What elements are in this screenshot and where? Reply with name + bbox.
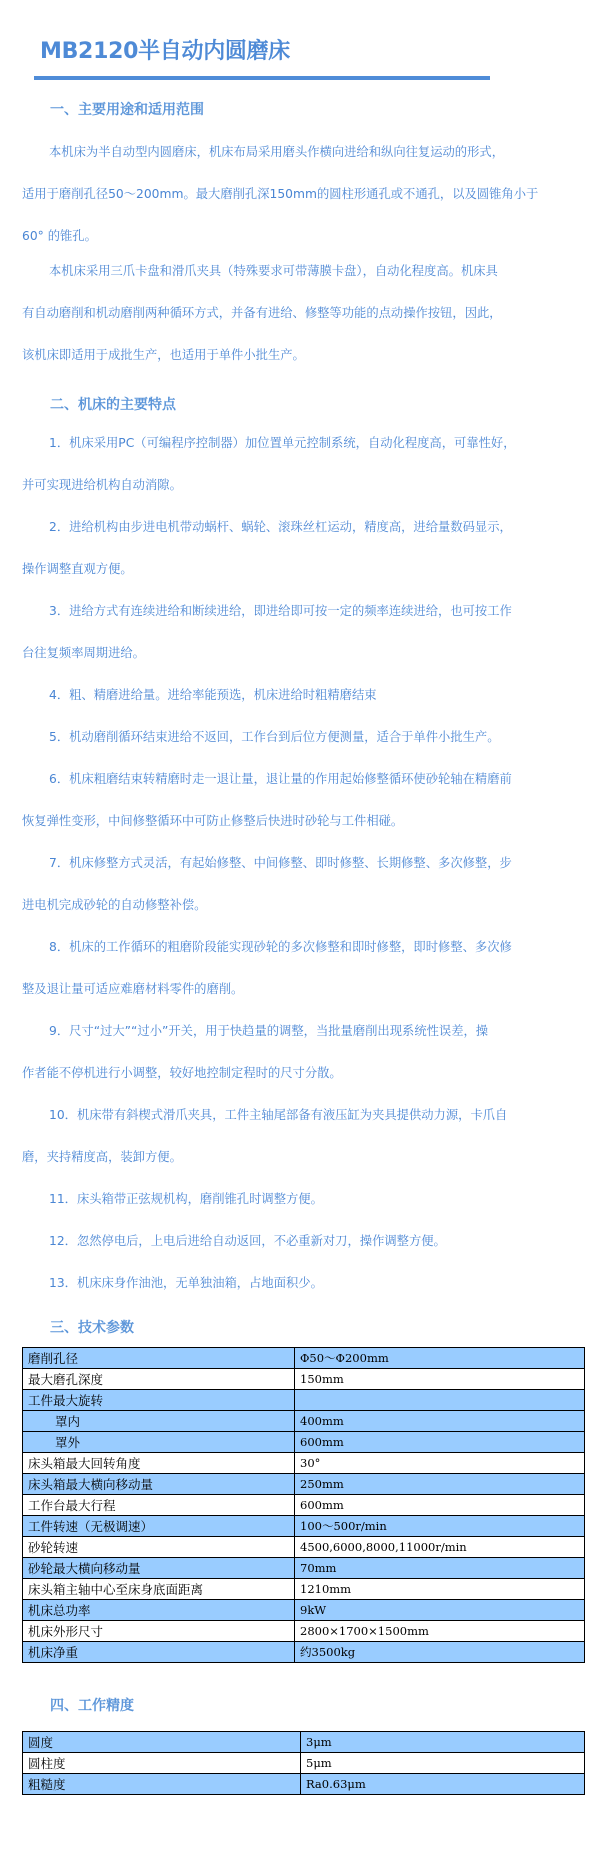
- spec-label: 床头箱最大横向移动量: [23, 1474, 295, 1495]
- table-row: 圆柱度5μm: [23, 1753, 585, 1774]
- table-row: 砂轮最大横向移动量70mm: [23, 1558, 585, 1579]
- spec-value: 4500,6000,8000,11000r/min: [295, 1537, 585, 1558]
- precision-table: 圆度3μm 圆柱度5μm 粗糙度Ra0.63μm: [22, 1731, 585, 1795]
- spec-label: 床头箱最大回转角度: [23, 1453, 295, 1474]
- section-heading-precision: 四、工作精度: [50, 1695, 134, 1715]
- feature-item-12: 12．忽然停电后，上电后进给自动返回，不必重新对刀，操作调整方便。: [22, 1220, 497, 1262]
- table-row: 机床净重约3500kg: [23, 1642, 585, 1663]
- spec-label: 床头箱主轴中心至床身底面距离: [23, 1579, 295, 1600]
- text-line: 13．机床床身作油池，无单独油箱，占地面积少。: [22, 1262, 497, 1304]
- text-line: 操作调整直观方便。: [22, 548, 497, 590]
- text-line: 12．忽然停电后，上电后进给自动返回，不必重新对刀，操作调整方便。: [22, 1220, 497, 1262]
- spec-value: 600mm: [295, 1432, 585, 1453]
- precision-label: 粗糙度: [23, 1774, 301, 1795]
- text-line: 6．机床粗磨结束转精磨时走一退让量，退让量的作用起始修整循环使砂轮轴在精磨前: [22, 758, 497, 800]
- table-row: 机床总功率9kW: [23, 1600, 585, 1621]
- text-line: 整及退让量可适应难磨材料零件的磨削。: [22, 968, 497, 1010]
- feature-item-1: 1．机床采用PC（可编程序控制器）加位置单元控制系统，自动化程度高，可靠性好， …: [22, 422, 497, 506]
- feature-item-10: 10．机床带有斜楔式滑爪夹具，工件主轴尾部备有液压缸为夹具提供动力源，卡爪自 磨…: [22, 1094, 497, 1178]
- spec-value: Φ50～Φ200mm: [295, 1348, 585, 1369]
- spec-value: 100～500r/min: [295, 1516, 585, 1537]
- spec-value: 600mm: [295, 1495, 585, 1516]
- spec-label: 砂轮最大横向移动量: [23, 1558, 295, 1579]
- section-heading-features: 二、机床的主要特点: [50, 394, 176, 414]
- table-row: 床头箱最大回转角度30°: [23, 1453, 585, 1474]
- text-line: 9．尺寸“过大”“过小”开关，用于快趋量的调整，当批量磨削出现系统性误差，操: [22, 1010, 497, 1052]
- table-row: 砂轮转速4500,6000,8000,11000r/min: [23, 1537, 585, 1558]
- text-line: 台往复频率周期进给。: [22, 632, 497, 674]
- spec-value: 30°: [295, 1453, 585, 1474]
- text-line: 本机床为半自动型内圆磨床，机床布局采用磨头作横向进给和纵向往复运动的形式，: [22, 131, 497, 173]
- spec-value: 70mm: [295, 1558, 585, 1579]
- text-line: 磨，夹持精度高，装卸方便。: [22, 1136, 497, 1178]
- precision-label: 圆度: [23, 1732, 301, 1753]
- table-row: 罩外600mm: [23, 1432, 585, 1453]
- spec-value: [295, 1390, 585, 1411]
- precision-label: 圆柱度: [23, 1753, 301, 1774]
- text-line: 3．进给方式有连续进给和断续进给，即进给即可按一定的频率连续进给，也可按工作: [22, 590, 497, 632]
- text-line: 2．进给机构由步进电机带动蜗杆、蜗轮、滚珠丝杠运动，精度高，进给量数码显示，: [22, 506, 497, 548]
- table-row: 磨削孔径Φ50～Φ200mm: [23, 1348, 585, 1369]
- spec-label: 工件最大旋转: [23, 1390, 295, 1411]
- page-title: MB2120半自动内圆磨床: [40, 34, 290, 65]
- spec-label: 机床净重: [23, 1642, 295, 1663]
- feature-item-5: 5．机动磨削循环结束进给不返回，工作台到后位方便测量，适合于单件小批生产。: [22, 716, 497, 758]
- text-line: 8．机床的工作循环的粗磨阶段能实现砂轮的多次修整和即时修整，即时修整、多次修: [22, 926, 497, 968]
- spec-value: 约3500kg: [295, 1642, 585, 1663]
- table-row: 粗糙度Ra0.63μm: [23, 1774, 585, 1795]
- section-heading-specs: 三、技术参数: [50, 1317, 134, 1337]
- spec-value: 400mm: [295, 1411, 585, 1432]
- feature-item-6: 6．机床粗磨结束转精磨时走一退让量，退让量的作用起始修整循环使砂轮轴在精磨前 恢…: [22, 758, 497, 842]
- feature-item-4: 4．粗、精磨进给量。进给率能预选，机床进给时粗精磨结束: [22, 674, 497, 716]
- feature-item-9: 9．尺寸“过大”“过小”开关，用于快趋量的调整，当批量磨削出现系统性误差，操 作…: [22, 1010, 497, 1094]
- text-line: 4．粗、精磨进给量。进给率能预选，机床进给时粗精磨结束: [22, 674, 497, 716]
- spec-label: 罩外: [23, 1432, 295, 1453]
- table-row: 床头箱主轴中心至床身底面距离1210mm: [23, 1579, 585, 1600]
- spec-value: 150mm: [295, 1369, 585, 1390]
- table-row: 罩内400mm: [23, 1411, 585, 1432]
- feature-item-7: 7．机床修整方式灵活，有起始修整、中间修整、即时修整、长期修整、多次修整，步 进…: [22, 842, 497, 926]
- table-row: 工件转速（无极调速）100～500r/min: [23, 1516, 585, 1537]
- spec-table: 磨削孔径Φ50～Φ200mm 最大磨孔深度150mm 工件最大旋转 罩内400m…: [22, 1347, 585, 1663]
- table-row: 机床外形尺寸2800×1700×1500mm: [23, 1621, 585, 1642]
- precision-value: 5μm: [301, 1753, 585, 1774]
- text-line: 适用于磨削孔径50～200mm。最大磨削孔深150mm的圆柱形通孔或不通孔，以及…: [22, 173, 497, 215]
- section-heading-usage: 一、主要用途和适用范围: [50, 99, 204, 119]
- precision-value: 3μm: [301, 1732, 585, 1753]
- text-line: 5．机动磨削循环结束进给不返回，工作台到后位方便测量，适合于单件小批生产。: [22, 716, 497, 758]
- spec-value: 9kW: [295, 1600, 585, 1621]
- spec-label: 工件转速（无极调速）: [23, 1516, 295, 1537]
- spec-label: 最大磨孔深度: [23, 1369, 295, 1390]
- feature-item-3: 3．进给方式有连续进给和断续进给，即进给即可按一定的频率连续进给，也可按工作 台…: [22, 590, 497, 674]
- spec-value: 1210mm: [295, 1579, 585, 1600]
- feature-item-2: 2．进给机构由步进电机带动蜗杆、蜗轮、滚珠丝杠运动，精度高，进给量数码显示， 操…: [22, 506, 497, 590]
- text-line: 作者能不停机进行小调整，较好地控制定程时的尺寸分散。: [22, 1052, 497, 1094]
- text-line: 1．机床采用PC（可编程序控制器）加位置单元控制系统，自动化程度高，可靠性好，: [22, 422, 497, 464]
- feature-item-11: 11．床头箱带正弦规机构，磨削锥孔时调整方便。: [22, 1178, 497, 1220]
- paragraph-usage-1: 本机床为半自动型内圆磨床，机床布局采用磨头作横向进给和纵向往复运动的形式， 适用…: [22, 131, 497, 257]
- text-line: 恢复弹性变形，中间修整循环中可防止修整后快进时砂轮与工件相碰。: [22, 800, 497, 842]
- feature-item-13: 13．机床床身作油池，无单独油箱，占地面积少。: [22, 1262, 497, 1304]
- spec-label: 磨削孔径: [23, 1348, 295, 1369]
- table-row: 工作台最大行程600mm: [23, 1495, 585, 1516]
- spec-label: 工作台最大行程: [23, 1495, 295, 1516]
- spec-value: 2800×1700×1500mm: [295, 1621, 585, 1642]
- spec-label: 机床外形尺寸: [23, 1621, 295, 1642]
- spec-value: 250mm: [295, 1474, 585, 1495]
- text-line: 有自动磨削和机动磨削两种循环方式，并备有进给、修整等功能的点动操作按钮，因此，: [22, 292, 497, 334]
- text-line: 本机床采用三爪卡盘和滑爪夹具（特殊要求可带薄膜卡盘），自动化程度高。机床具: [22, 250, 497, 292]
- title-divider: [34, 76, 490, 80]
- table-row: 工件最大旋转: [23, 1390, 585, 1411]
- text-line: 进电机完成砂轮的自动修整补偿。: [22, 884, 497, 926]
- text-line: 11．床头箱带正弦规机构，磨削锥孔时调整方便。: [22, 1178, 497, 1220]
- paragraph-usage-2: 本机床采用三爪卡盘和滑爪夹具（特殊要求可带薄膜卡盘），自动化程度高。机床具 有自…: [22, 250, 497, 376]
- table-row: 圆度3μm: [23, 1732, 585, 1753]
- precision-value: Ra0.63μm: [301, 1774, 585, 1795]
- table-row: 最大磨孔深度150mm: [23, 1369, 585, 1390]
- spec-label: 罩内: [23, 1411, 295, 1432]
- spec-label: 砂轮转速: [23, 1537, 295, 1558]
- table-row: 床头箱最大横向移动量250mm: [23, 1474, 585, 1495]
- text-line: 10．机床带有斜楔式滑爪夹具，工件主轴尾部备有液压缸为夹具提供动力源，卡爪自: [22, 1094, 497, 1136]
- text-line: 并可实现进给机构自动消隙。: [22, 464, 497, 506]
- spec-label: 机床总功率: [23, 1600, 295, 1621]
- feature-item-8: 8．机床的工作循环的粗磨阶段能实现砂轮的多次修整和即时修整，即时修整、多次修 整…: [22, 926, 497, 1010]
- text-line: 该机床即适用于成批生产，也适用于单件小批生产。: [22, 334, 497, 376]
- text-line: 7．机床修整方式灵活，有起始修整、中间修整、即时修整、长期修整、多次修整，步: [22, 842, 497, 884]
